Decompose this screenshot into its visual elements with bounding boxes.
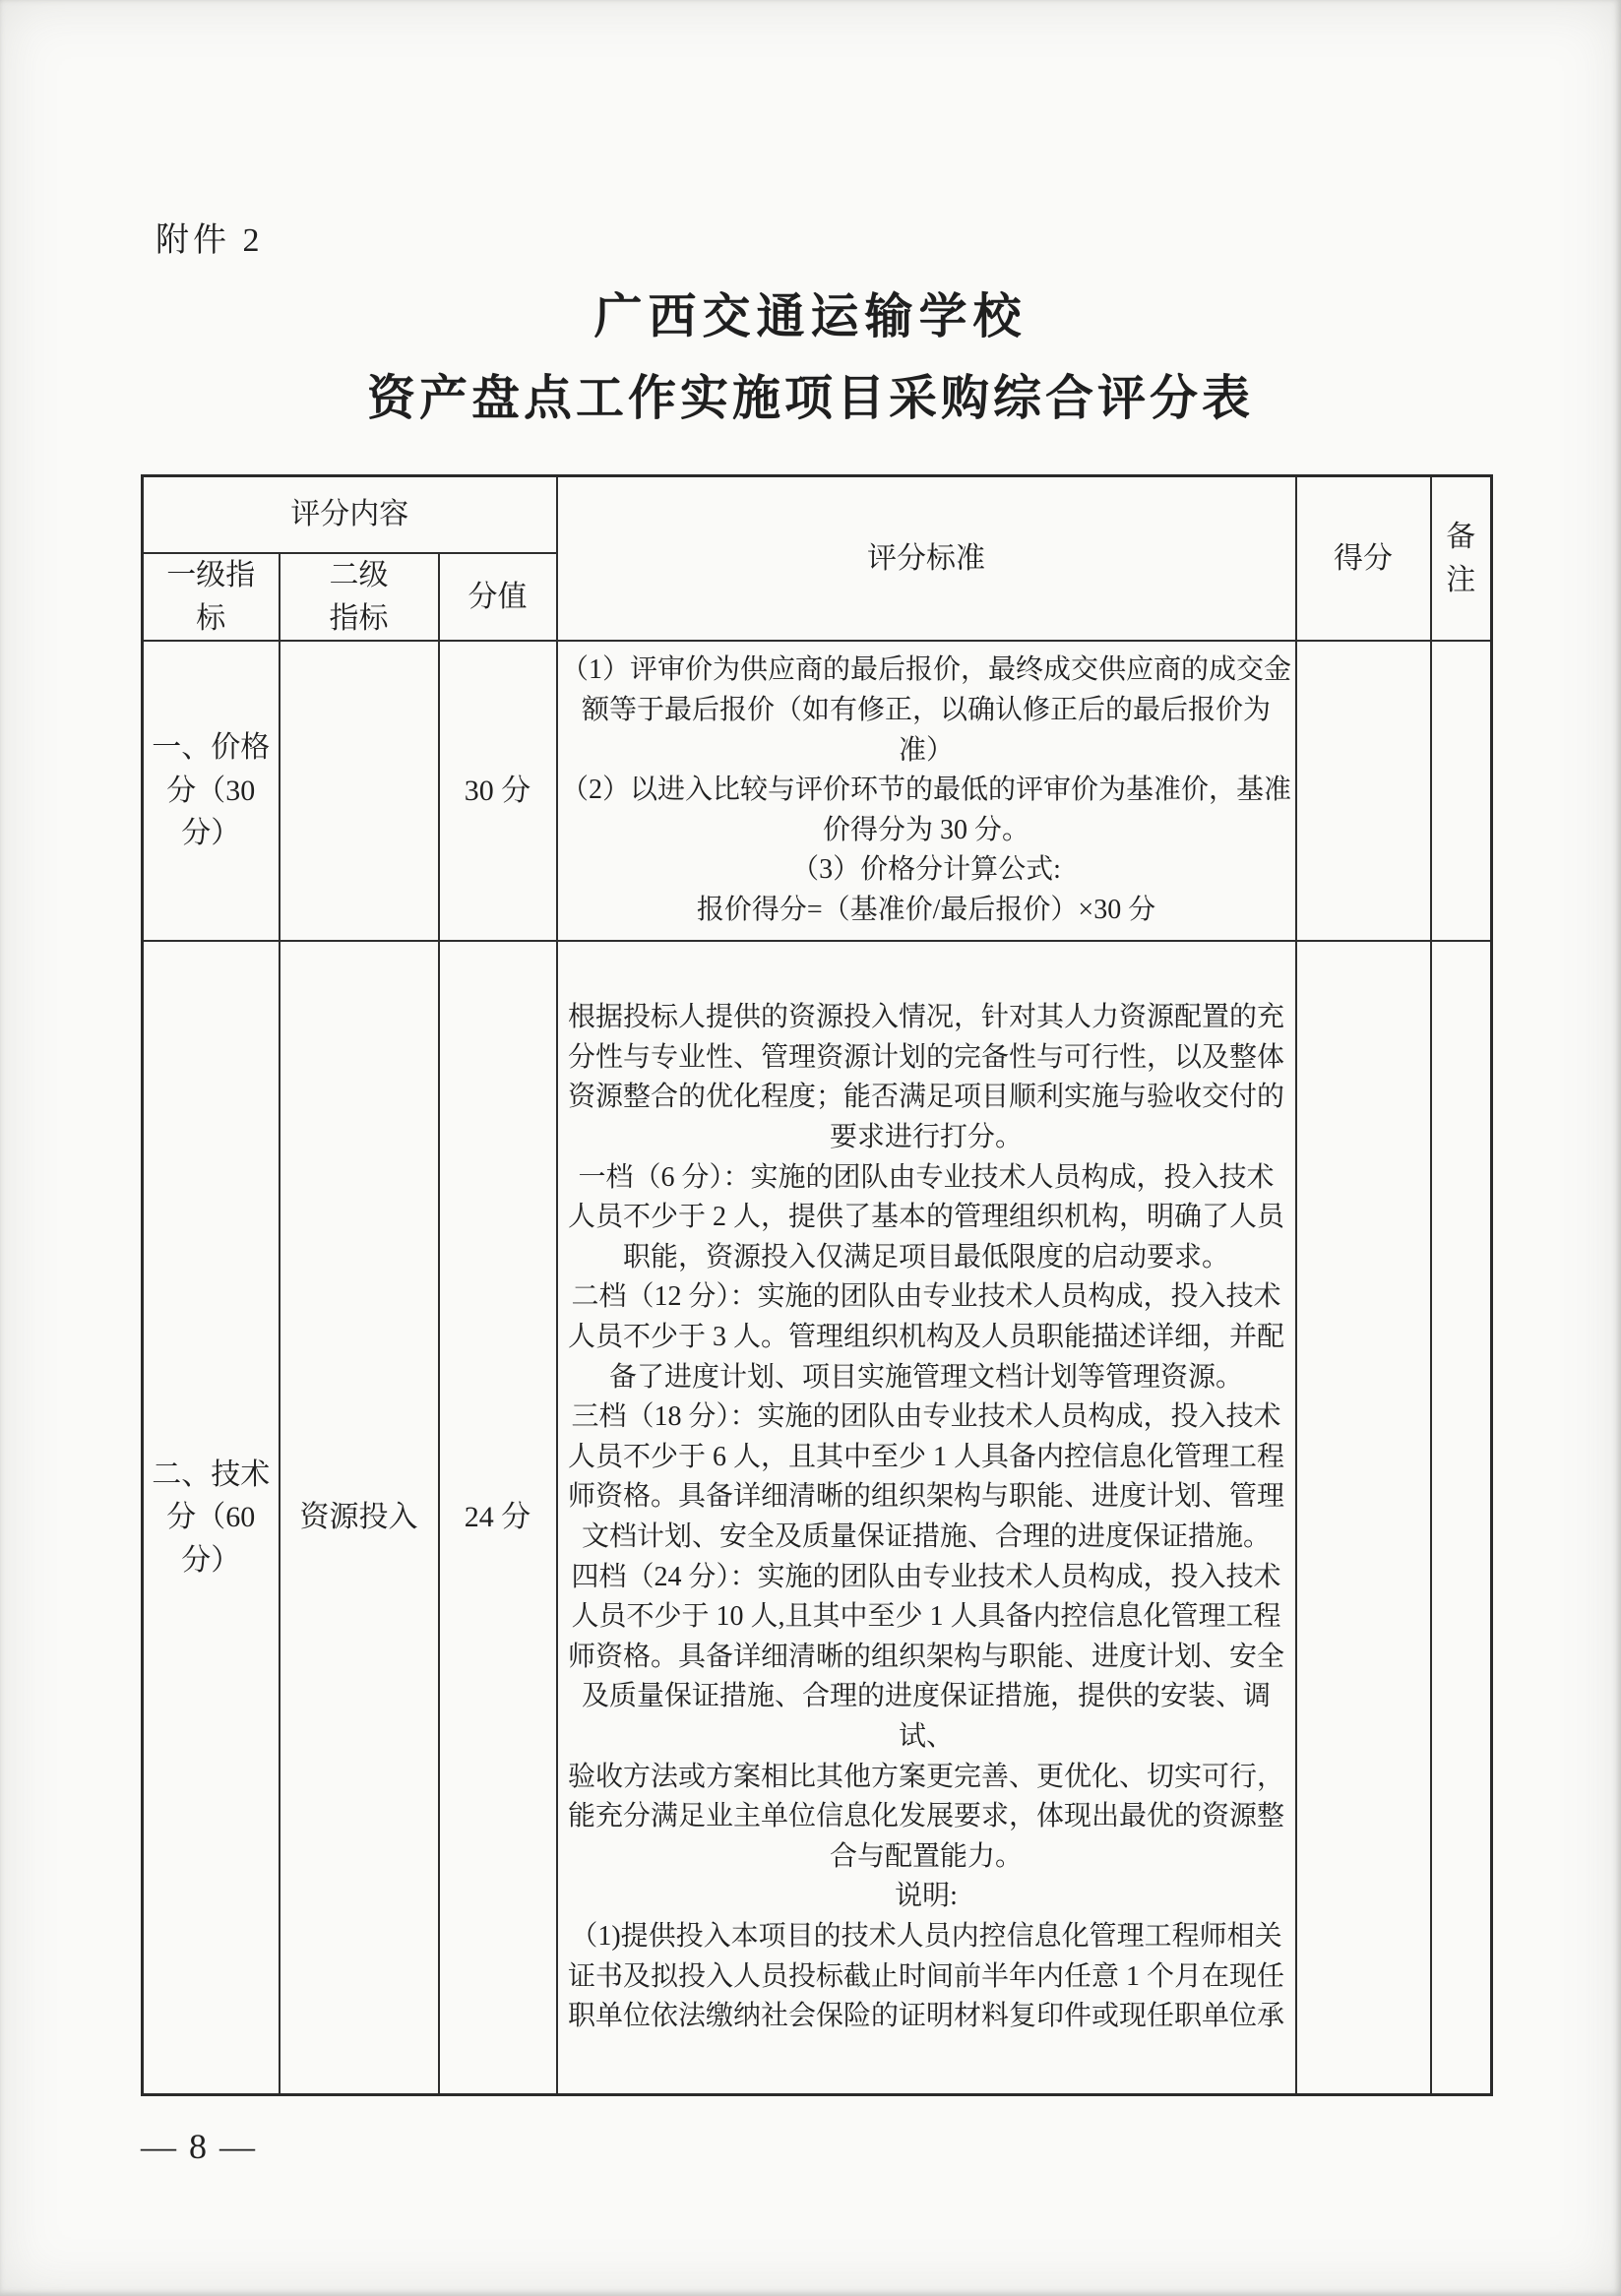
technical-score-value-cell: 24 分: [439, 941, 557, 2095]
technical-score-cell: [1296, 941, 1431, 2095]
attachment-label: 附件 2: [156, 213, 264, 261]
page-number: — 8 —: [141, 2126, 257, 2167]
price-criteria-cell: （1）评审价为供应商的最后报价，最终成交供应商的成交金 额等于最后报价（如有修正…: [557, 641, 1296, 941]
price-remark-cell: [1431, 641, 1492, 941]
price-level2-cell: [280, 641, 439, 941]
technical-level1-cell: 二、技术 分（60 分）: [143, 941, 280, 2095]
technical-remark-cell: [1431, 941, 1492, 2095]
table-header-row-1: 评分内容 评分标准 得分 备 注: [143, 476, 1492, 554]
header-content-group: 评分内容: [143, 476, 557, 554]
price-score-cell: [1296, 641, 1431, 941]
technical-criteria-cell: 根据投标人提供的资源投入情况，针对其人力资源配置的充 分性与专业性、管理资源计划…: [557, 941, 1296, 2095]
header-level1-indicator: 一级指 标: [143, 553, 280, 641]
header-score: 得分: [1296, 476, 1431, 642]
table-row-price: 一、价格 分（30 分） 30 分 （1）评审价为供应商的最后报价，最终成交供应…: [143, 641, 1492, 941]
header-score-value: 分值: [439, 553, 557, 641]
document-title: 广西交通运输学校: [0, 279, 1621, 347]
table-row-technical: 二、技术 分（60 分） 资源投入 24 分 根据投标人提供的资源投入情况，针对…: [143, 941, 1492, 2095]
header-remark: 备 注: [1431, 476, 1492, 642]
price-level1-cell: 一、价格 分（30 分）: [143, 641, 280, 941]
technical-level2-cell: 资源投入: [280, 941, 439, 2095]
price-score-value-cell: 30 分: [439, 641, 557, 941]
scoring-table: 评分内容 评分标准 得分 备 注 一级指 标 二级 指标 分值 一、价格 分（3…: [141, 474, 1493, 2096]
document-subtitle: 资产盘点工作实施项目采购综合评分表: [0, 360, 1621, 429]
header-level2-indicator: 二级 指标: [280, 553, 439, 641]
header-criteria: 评分标准: [557, 476, 1296, 642]
